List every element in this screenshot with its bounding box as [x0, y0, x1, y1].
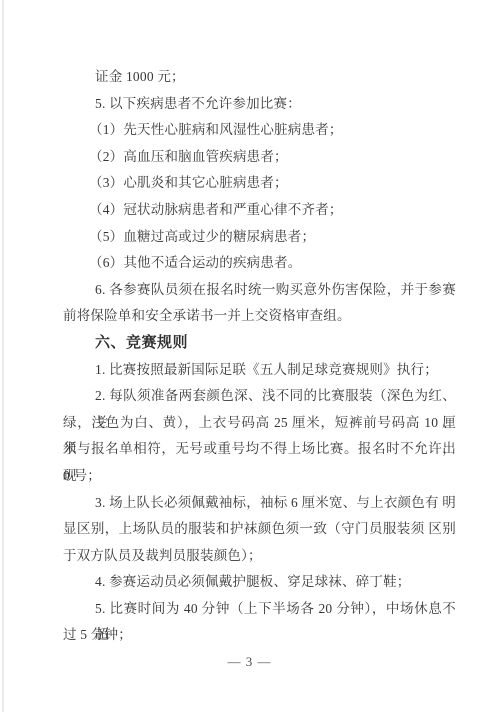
document-body: 证金 1000 元； 5. 以下疾病患者不允许参加比赛： （1）先天性心脏病和风… — [63, 64, 456, 649]
text-line-disease-3: （3）心肌炎和其它心脏病患者； — [63, 170, 456, 197]
document-page: 证金 1000 元； 5. 以下疾病患者不允许参加比赛： （1）先天性心脏病和风… — [0, 0, 499, 712]
text-line-deposit-continuation: 证金 1000 元； — [63, 64, 456, 91]
text-line-rule-5-cont: 过 5 分钟； — [63, 622, 456, 649]
text-line-disease-1: （1）先天性心脏病和风湿性心脏病患者； — [63, 117, 456, 144]
section-heading-competition-rules: 六、竞赛规则 — [63, 330, 456, 357]
text-line-insurance-cont: 前将保险单和安全承诺书一并上交资格审查组。 — [63, 303, 456, 330]
text-line-rule-2-cont-3: 0 号； — [63, 463, 456, 490]
text-line-rule-1: 1. 比赛按照最新国际足联《五人制足球竞赛规则》执行； — [63, 357, 456, 384]
page-number: — 3 — — [0, 649, 499, 676]
text-line-disease-5: （5）血糖过高或过少的糖尿病患者； — [63, 224, 456, 251]
text-line-item6-insurance: 6. 各参赛队员须在报名时统一购买意外伤害保险，并于参赛 — [63, 277, 456, 304]
text-line-rule-3: 3. 场上队长必须佩戴袖标，袖标 6 厘米宽、与上衣颜色有 明 — [63, 490, 456, 517]
text-line-rule-5: 5. 比赛时间为 40 分钟（上下半场各 20 分钟），中场休息不超 — [63, 596, 456, 623]
text-line-rule-4: 4. 参赛运动员必须佩戴护腿板、穿足球袜、碎丁鞋； — [63, 569, 456, 596]
text-line-rule-3-cont-2: 于双方队员及裁判员服装颜色）； — [63, 543, 456, 570]
text-line-item5-diseases: 5. 以下疾病患者不允许参加比赛： — [63, 91, 456, 118]
text-line-disease-2: （2）高血压和脑血管疾病患者； — [63, 144, 456, 171]
scan-edge-line — [2, 0, 4, 712]
text-line-disease-4: （4）冠状动脉病患者和严重心律不齐者； — [63, 197, 456, 224]
text-line-rule-2: 2. 每队须准备两套颜色深、浅不同的比赛服装（深色为红、兰、 — [63, 383, 456, 410]
text-line-rule-2-cont-1: 绿，浅色为白、黄），上衣号码高 25 厘米，短裤前号码高 10 厘米， — [63, 410, 456, 437]
text-line-rule-2-cont-2: 须与报名单相符，无号或重号均不得上场比赛。报名时不允许出现 — [63, 436, 456, 463]
text-line-rule-3-cont-1: 显区别，上场队员的服装和护袜颜色须一致（守门员服装须 区别 — [63, 516, 456, 543]
text-line-disease-6: （6）其他不适合运动的疾病患者。 — [63, 250, 456, 277]
